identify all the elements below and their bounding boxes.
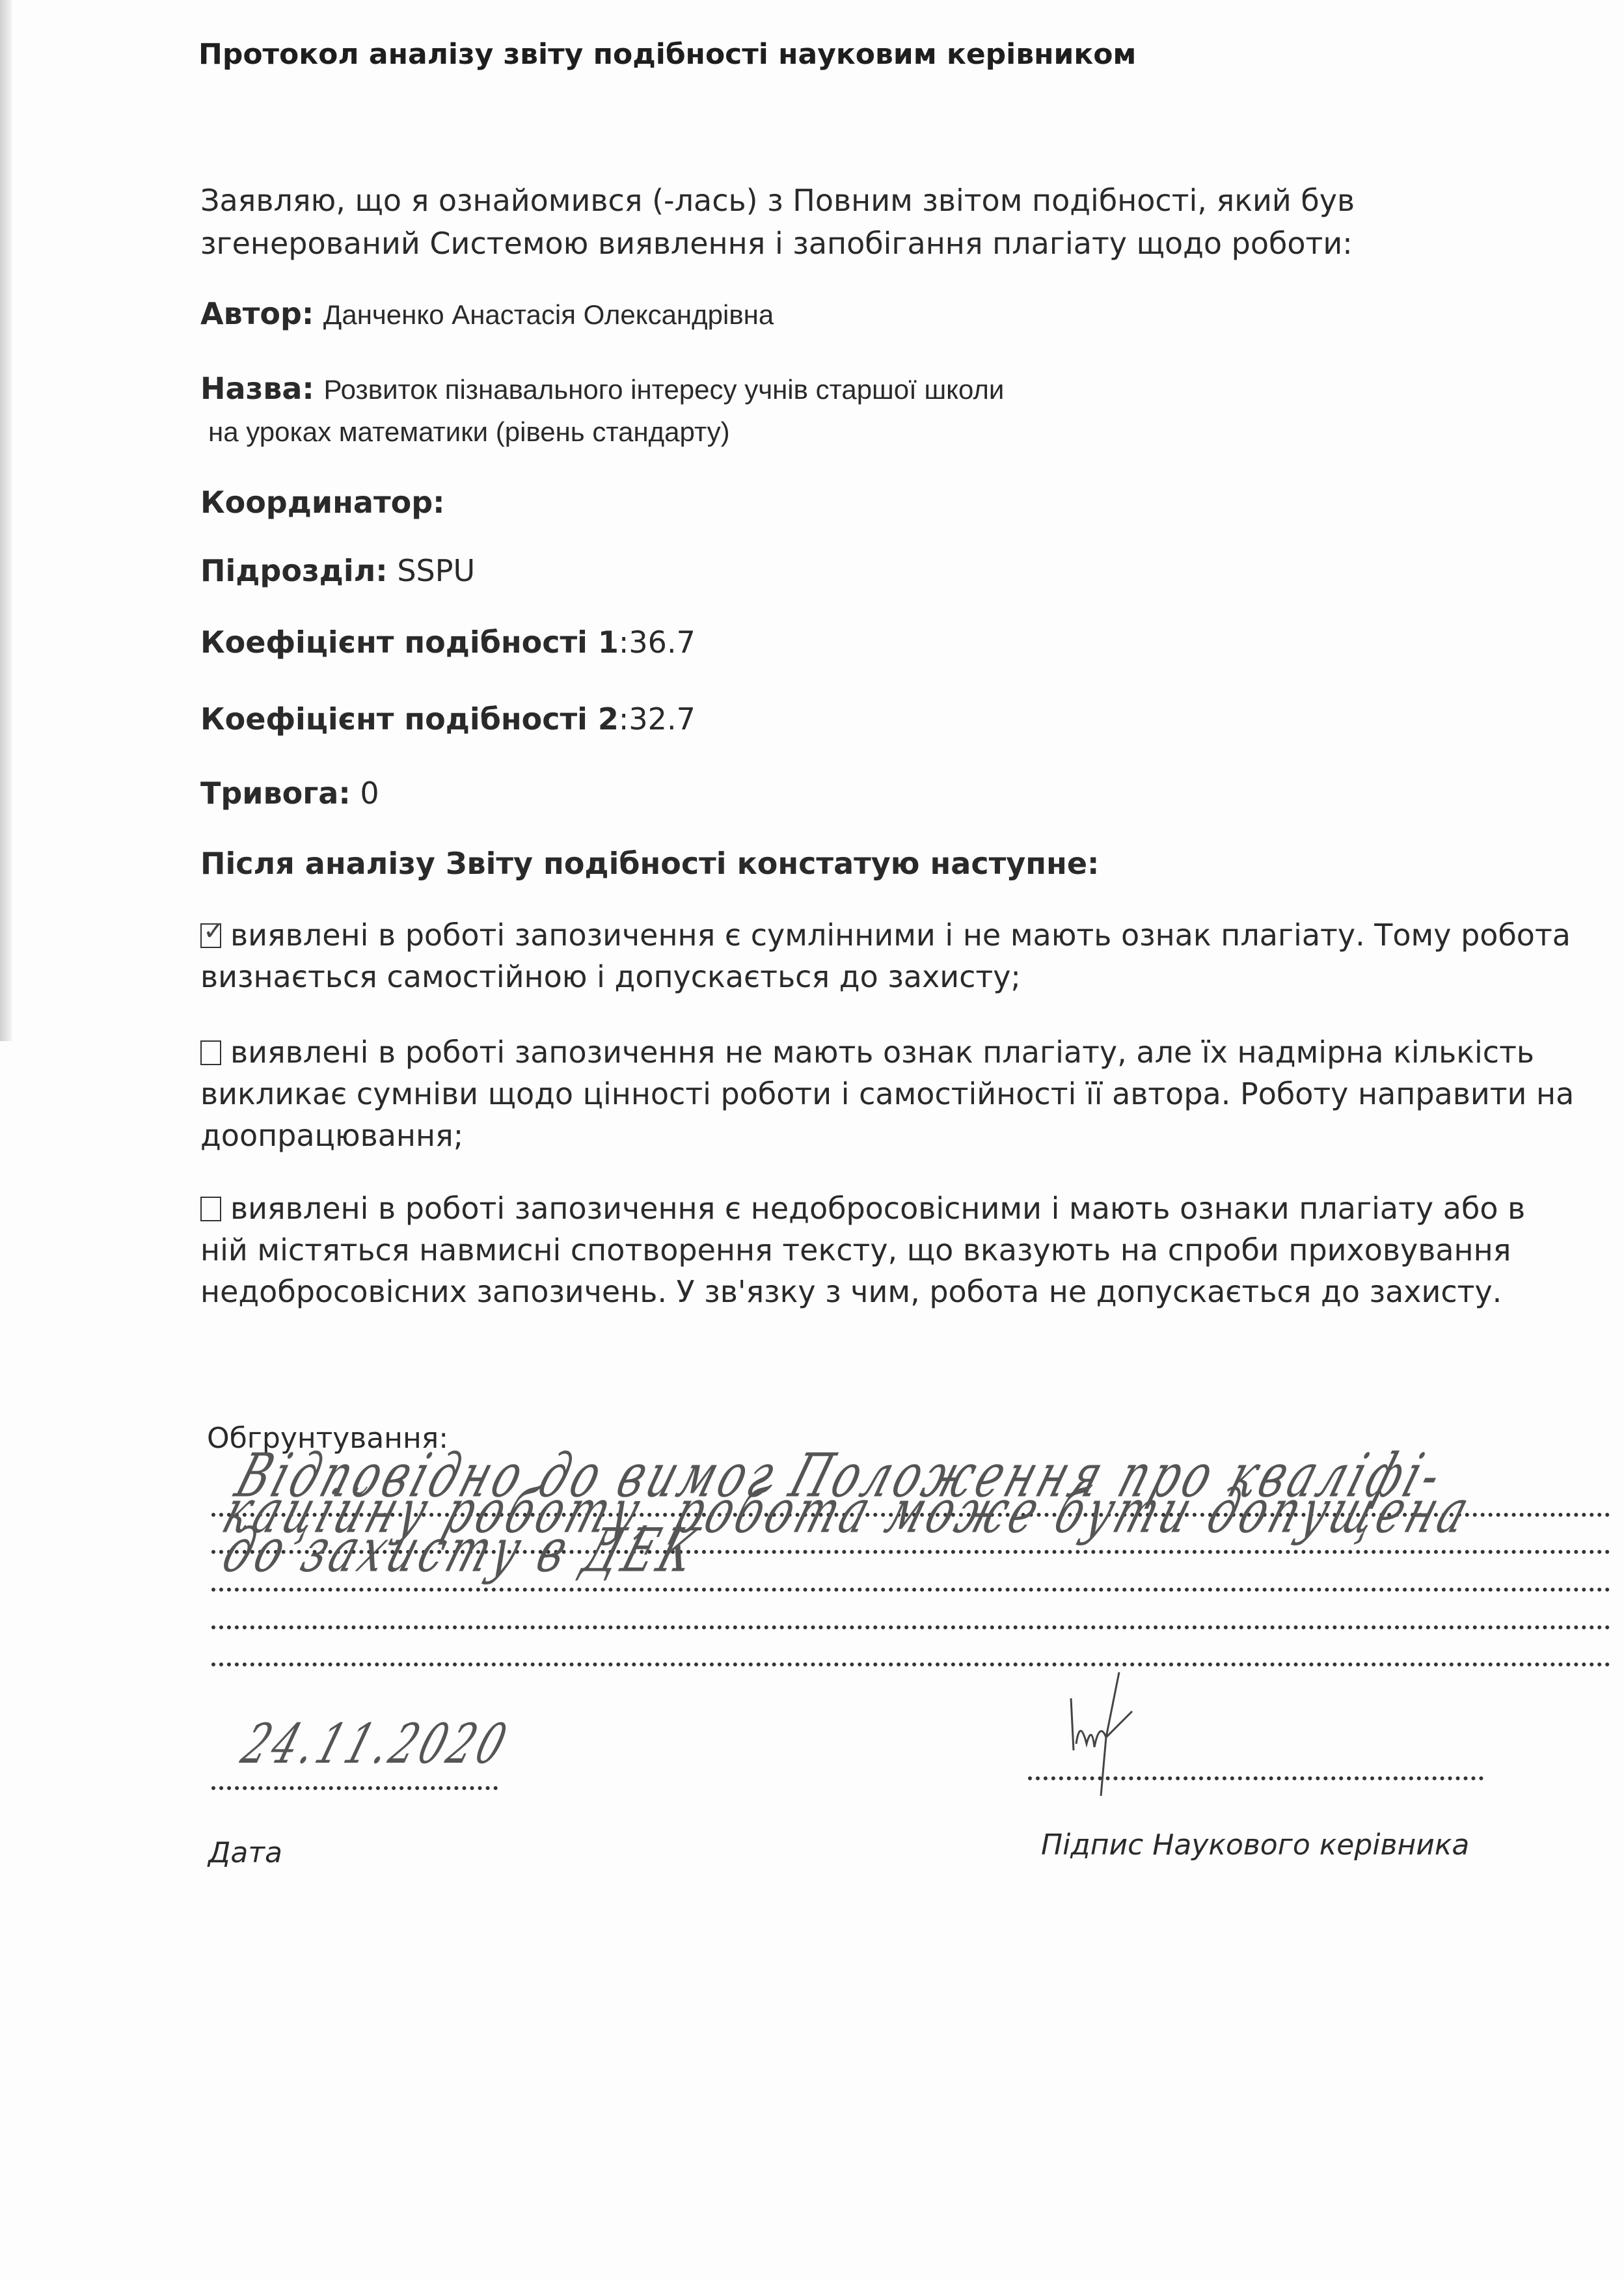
similarity-2-value: :32.7 — [619, 701, 696, 737]
conclusion-heading: Після аналізу Звіту подібності констатую… — [200, 846, 1099, 881]
author-label: Автор: — [200, 296, 314, 331]
handwritten-date: 24.11.2020 — [234, 1713, 517, 1776]
department-value: SSPU — [397, 553, 475, 588]
author-value: Данченко Анастасія Олександрівна — [323, 299, 774, 330]
author-field: Автор: Данченко Анастасія Олександрівна — [200, 296, 774, 331]
similarity-1-value: :36.7 — [619, 625, 696, 660]
option-conscientious: виявлені в роботі запозичення є сумлінни… — [200, 914, 1580, 998]
work-name-label: Назва: — [200, 371, 314, 406]
handwritten-justification-line-3: до захисту в ДЕК — [215, 1515, 709, 1586]
department-label: Підрозділ: — [200, 553, 388, 588]
dotted-line — [211, 1588, 1610, 1592]
date-label: Дата — [208, 1836, 282, 1869]
document-title: Протокол аналізу звіту подібності науков… — [198, 38, 1136, 71]
alarm-field: Тривога: 0 — [200, 776, 379, 811]
similarity-coefficient-2: Коефіцієнт подібності 2:32.7 — [200, 701, 696, 737]
department-field: Підрозділ: SSPU — [200, 553, 475, 588]
checkbox-unchecked[interactable] — [200, 1040, 221, 1065]
checkbox-checked[interactable] — [200, 923, 221, 948]
work-name-value-line1: Розвиток пізнавального інтересу учнів ст… — [323, 374, 1004, 405]
option-2-text: виявлені в роботі запозичення не мають о… — [200, 1035, 1574, 1153]
alarm-label: Тривога: — [200, 776, 351, 811]
date-dotted-line — [211, 1786, 498, 1790]
intro-statement: Заявляю, що я ознайомився (-лась) з Повн… — [200, 179, 1534, 265]
option-3-text: виявлені в роботі запозичення є недоброс… — [200, 1191, 1525, 1309]
work-name-field: Назва: Розвиток пізнавального інтересу у… — [200, 371, 1004, 406]
similarity-coefficient-1: Коефіцієнт подібності 1:36.7 — [200, 625, 696, 660]
dotted-line — [211, 1663, 1610, 1666]
similarity-1-label: Коефіцієнт подібності 1 — [200, 625, 619, 660]
coordinator-label: Координатор: — [200, 485, 445, 520]
coordinator-field: Координатор: — [200, 485, 445, 520]
signature-scribble — [1054, 1666, 1249, 1796]
option-revision: виявлені в роботі запозичення не мають о… — [200, 1031, 1580, 1156]
checkbox-unchecked[interactable] — [200, 1197, 221, 1221]
option-plagiarism: виявлені в роботі запозичення є недоброс… — [200, 1187, 1580, 1312]
scan-edge-shadow — [0, 0, 12, 1041]
similarity-2-label: Коефіцієнт подібності 2 — [200, 701, 619, 737]
option-1-text: виявлені в роботі запозичення є сумлінни… — [200, 917, 1571, 994]
work-name-value-line2: на уроках математики (рівень стандарту) — [208, 416, 730, 448]
signature-label: Підпис Наукового керівника — [1041, 1828, 1469, 1862]
alarm-value: 0 — [360, 776, 379, 811]
dotted-line — [211, 1625, 1610, 1629]
